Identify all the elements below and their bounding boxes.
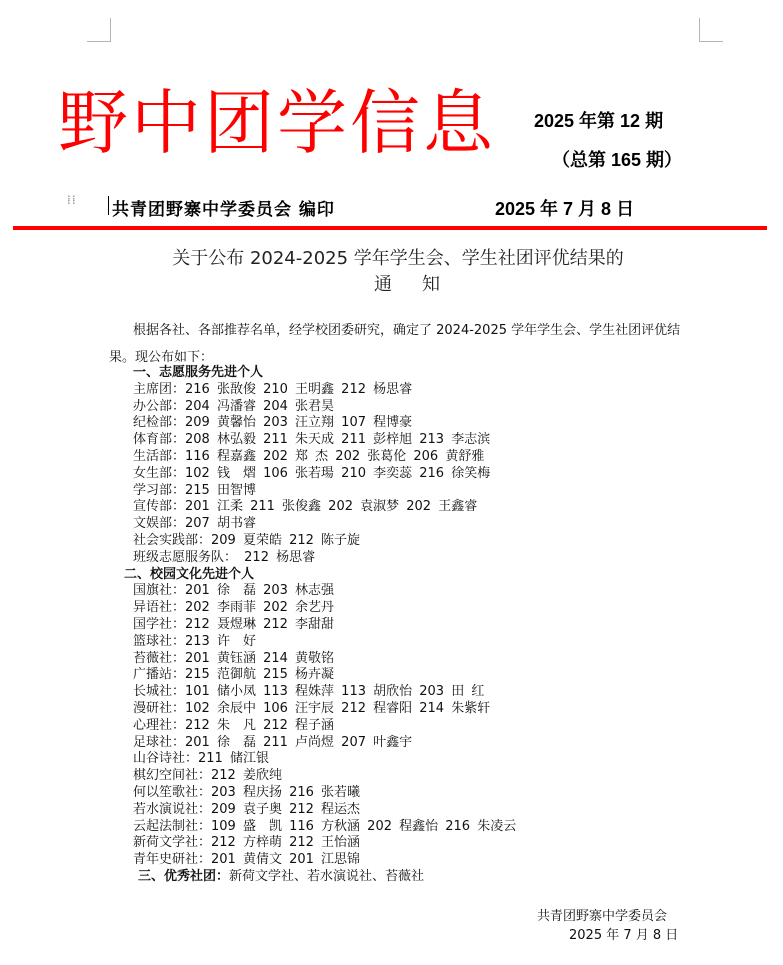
publish-date: 2025 年 7 月 8 日 bbox=[495, 195, 634, 221]
list-item: 国学社：212 聂煜琳 212 李甜甜 bbox=[109, 617, 709, 634]
club-label: 青年史研社： bbox=[133, 852, 211, 867]
list-item: 学习部：215 田智博 bbox=[109, 483, 709, 500]
dept-label: 社会实践部： bbox=[133, 533, 211, 548]
list-item: 长城社：101 储小凤 113 程姝萍 113 胡欣怡 203 田 红 bbox=[109, 684, 709, 701]
text-cursor bbox=[108, 196, 109, 215]
list-item: 若水演说社：209 袁子奥 212 程运杰 bbox=[109, 802, 709, 819]
names: 202 李雨菲 202 余艺丹 bbox=[185, 600, 334, 615]
excellent-clubs-row: 三、优秀社团：新荷文学社、若水演说社、苔薇社 bbox=[109, 869, 709, 886]
names: 209 袁子奥 212 程运杰 bbox=[211, 802, 360, 817]
club-label: 何以笙歌社： bbox=[133, 785, 211, 800]
names: 215 范御航 215 杨卉凝 bbox=[185, 667, 334, 682]
names: 201 黄倩文 201 江思锦 bbox=[211, 852, 360, 867]
list-item: 国旗社：201 徐 磊 203 林志强 bbox=[109, 583, 709, 600]
names: 101 储小凤 113 程姝萍 113 胡欣怡 203 田 红 bbox=[185, 684, 484, 699]
names: 201 徐 磊 211 卢尚煜 207 叶鑫宇 bbox=[185, 735, 412, 750]
club-label: 国旗社： bbox=[133, 583, 185, 598]
names: 203 程庆扬 216 张若曦 bbox=[211, 785, 360, 800]
notice-title-notice: 通知 bbox=[100, 270, 720, 296]
names: 116 程嘉鑫 202 郑 杰 202 张葛伦 206 黄舒雅 bbox=[185, 449, 484, 464]
list-item: 体育部：208 林弘毅 211 朱天成 211 彭梓旭 213 李志滨 bbox=[109, 432, 709, 449]
names: 216 张敔俊 210 王明鑫 212 杨思睿 bbox=[185, 382, 412, 397]
issue-number: 2025 年第 12 期 bbox=[534, 107, 663, 133]
list-item: 宣传部：201 江柔 211 张俊鑫 202 袁淑梦 202 王鑫睿 bbox=[109, 499, 709, 516]
list-item: 办公部：204 冯潘睿 204 张君昊 bbox=[109, 399, 709, 416]
dept-label: 生活部： bbox=[133, 449, 185, 464]
signature-org: 共青团野寨中学委员会 bbox=[537, 905, 667, 924]
list-item: 何以笙歌社：203 程庆扬 216 张若曦 bbox=[109, 785, 709, 802]
signature-date: 2025 年 7 月 8 日 bbox=[569, 924, 678, 943]
club-label: 山谷诗社： bbox=[133, 751, 198, 766]
names: 212 方梓萌 212 王怡涵 bbox=[211, 835, 360, 850]
club-label: 云起法制社： bbox=[133, 819, 211, 834]
dept-label: 办公部： bbox=[133, 399, 185, 414]
list-item: 青年史研社：201 黄倩文 201 江思锦 bbox=[109, 852, 709, 869]
list-item: 文娱部：207 胡书睿 bbox=[109, 516, 709, 533]
dept-label: 文娱部： bbox=[133, 516, 185, 531]
section-heading: 三、优秀社团： bbox=[138, 869, 229, 884]
names: 212 杨思睿 bbox=[237, 550, 315, 565]
club-label: 若水演说社： bbox=[133, 802, 211, 817]
list-item: 棋幻空间社：212 姜欣纯 bbox=[109, 768, 709, 785]
names: 207 胡书睿 bbox=[185, 516, 256, 531]
list-item: 云起法制社：109 盛 凯 116 方秋涵 202 程鑫怡 216 朱凌云 bbox=[109, 819, 709, 836]
list-item: 广播站：215 范御航 215 杨卉凝 bbox=[109, 667, 709, 684]
masthead-red-rule bbox=[13, 226, 767, 230]
dept-label: 学习部： bbox=[133, 483, 185, 498]
names: 212 聂煜琳 212 李甜甜 bbox=[185, 617, 334, 632]
page-corner-mark-left bbox=[87, 18, 111, 42]
names: 201 江柔 211 张俊鑫 202 袁淑梦 202 王鑫睿 bbox=[185, 499, 477, 514]
publisher-row[interactable]: 共青团野寨中学委员会 编印 2025 年 7 月 8 日 bbox=[108, 193, 668, 219]
club-label: 国学社： bbox=[133, 617, 185, 632]
dept-label: 宣传部： bbox=[133, 499, 185, 514]
list-item: 篮球社：213 许 好 bbox=[109, 634, 709, 651]
notice-title: 关于公布 2024-2025 学年学生会、学生社团评优结果的 bbox=[100, 244, 696, 270]
names: 102 钱 熠 106 张若瑒 210 李奕蕊 216 徐笑梅 bbox=[185, 466, 490, 481]
names: 209 夏荣皓 212 陈子旋 bbox=[211, 533, 360, 548]
names: 208 林弘毅 211 朱天成 211 彭梓旭 213 李志滨 bbox=[185, 432, 490, 447]
names: 102 余辰中 106 汪宇辰 212 程睿阳 214 朱紫轩 bbox=[185, 701, 490, 716]
names: 201 徐 磊 203 林志强 bbox=[185, 583, 334, 598]
list-item: 社会实践部：209 夏荣皓 212 陈子旋 bbox=[109, 533, 709, 550]
names: 201 黄钰涵 214 黄敬铭 bbox=[185, 651, 334, 666]
section-heading: 二、校园文化先进个人 bbox=[109, 567, 709, 584]
list-item: 纪检部：209 黄馨怡 203 汪立翔 107 程博豪 bbox=[109, 415, 709, 432]
club-label: 心理社： bbox=[133, 718, 185, 733]
publisher-label: 共青团野寨中学委员会 编印 bbox=[112, 195, 335, 220]
club-label: 异语社： bbox=[133, 600, 185, 615]
list-item: 异语社：202 李雨菲 202 余艺丹 bbox=[109, 600, 709, 617]
names: 213 许 好 bbox=[185, 634, 256, 649]
list-item: 心理社：212 朱 凡 212 程子涵 bbox=[109, 718, 709, 735]
names: 209 黄馨怡 203 汪立翔 107 程博豪 bbox=[185, 415, 412, 430]
names: 212 朱 凡 212 程子涵 bbox=[185, 718, 334, 733]
club-label: 长城社： bbox=[133, 684, 185, 699]
dept-label: 纪检部： bbox=[133, 415, 185, 430]
dept-label: 主席团： bbox=[133, 382, 185, 397]
club-label: 篮球社： bbox=[133, 634, 185, 649]
list-item: 主席团：216 张敔俊 210 王明鑫 212 杨思睿 bbox=[109, 382, 709, 399]
club-label: 棋幻空间社： bbox=[133, 768, 211, 783]
names: 109 盛 凯 116 方秋涵 202 程鑫怡 216 朱凌云 bbox=[211, 819, 516, 834]
names: 211 储江银 bbox=[198, 751, 269, 766]
award-list: 一、志愿服务先进个人 主席团：216 张敔俊 210 王明鑫 212 杨思睿 办… bbox=[109, 365, 709, 886]
list-item: 新荷文学社：212 方梓萌 212 王怡涵 bbox=[109, 835, 709, 852]
list-item: 苔薇社：201 黄钰涵 214 黄敬铭 bbox=[109, 651, 709, 668]
dept-label: 班级志愿服务队： bbox=[133, 550, 237, 565]
excellent-clubs: 新荷文学社、若水演说社、苔薇社 bbox=[229, 869, 424, 884]
names: 212 姜欣纯 bbox=[211, 768, 282, 783]
names: 204 冯潘睿 204 张君昊 bbox=[185, 399, 334, 414]
club-label: 足球社： bbox=[133, 735, 185, 750]
table-move-handle-icon[interactable]: ⁞⁞ bbox=[67, 198, 77, 214]
dept-label: 女生部： bbox=[133, 466, 185, 481]
intro-paragraph: 根据各社、各部推荐名单，经学校团委研究，确定了 2024-2025 学年学生会、… bbox=[109, 317, 693, 371]
list-item: 生活部：116 程嘉鑫 202 郑 杰 202 张葛伦 206 黄舒雅 bbox=[109, 449, 709, 466]
club-label: 新荷文学社： bbox=[133, 835, 211, 850]
issue-total-number: （总第 165 期） bbox=[552, 146, 682, 172]
masthead-title: 野中团学信息 bbox=[58, 78, 496, 168]
page-corner-mark-right bbox=[699, 18, 723, 42]
section-heading: 一、志愿服务先进个人 bbox=[109, 365, 709, 382]
club-label: 广播站： bbox=[133, 667, 185, 682]
list-item: 山谷诗社：211 储江银 bbox=[109, 751, 709, 768]
list-item: 足球社：201 徐 磊 211 卢尚煜 207 叶鑫宇 bbox=[109, 735, 709, 752]
dept-label: 体育部： bbox=[133, 432, 185, 447]
club-label: 漫研社： bbox=[133, 701, 185, 716]
names: 215 田智博 bbox=[185, 483, 256, 498]
list-item: 漫研社：102 余辰中 106 汪宇辰 212 程睿阳 214 朱紫轩 bbox=[109, 701, 709, 718]
club-label: 苔薇社： bbox=[133, 651, 185, 666]
list-item: 女生部：102 钱 熠 106 张若瑒 210 李奕蕊 216 徐笑梅 bbox=[109, 466, 709, 483]
list-item: 班级志愿服务队： 212 杨思睿 bbox=[109, 550, 709, 567]
